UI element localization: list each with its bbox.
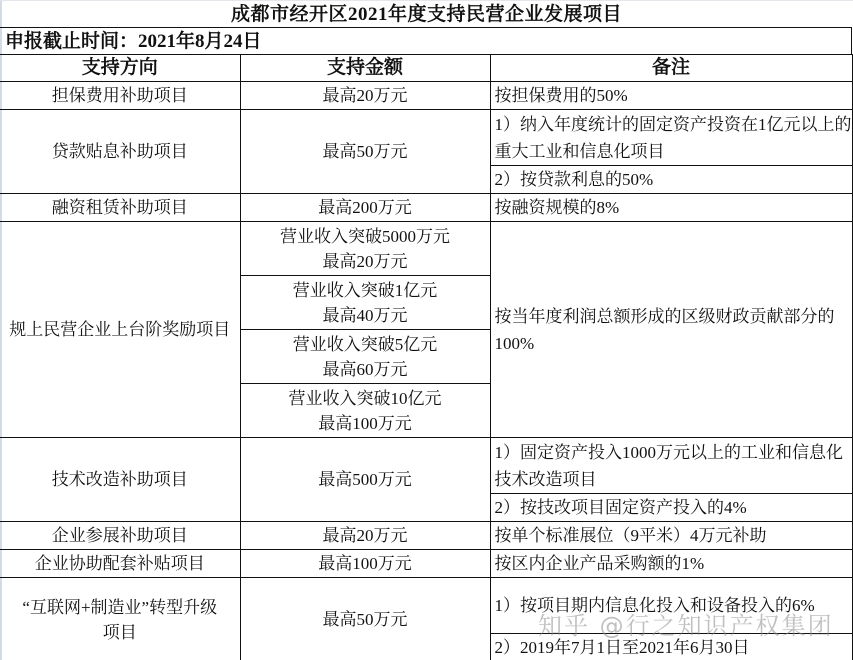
cell-tier: 营业收入突破5亿元 最高60万元	[240, 330, 490, 384]
header-direction: 支持方向	[0, 55, 240, 82]
cell-amount: 最高500万元	[240, 438, 490, 522]
cell-notes: 2）按贷款利息的50%	[490, 166, 852, 194]
cell-direction: 担保费用补助项目	[0, 82, 240, 110]
cell-notes: 1）固定资产投入1000万元以上的工业和信息化技术改造项目	[490, 438, 852, 494]
table-row: 贷款贴息补助项目 最高50万元 1）纳入年度统计的固定资产投资在1亿元以上的重大…	[0, 110, 852, 166]
cell-notes: 1）按项目期内信息化投入和设备投入的6%	[490, 578, 852, 634]
table-row: 担保费用补助项目 最高20万元 按担保费用的50%	[0, 82, 852, 110]
tier-condition: 营业收入突破5000万元	[241, 224, 490, 249]
cell-notes: 按区内企业产品采购额的1%	[490, 550, 852, 578]
cell-amount: 最高20万元	[240, 522, 490, 550]
cell-amount: 最高50万元	[240, 578, 490, 660]
cell-notes: 2）按技改项目固定资产投入的4%	[490, 494, 852, 522]
cell-direction: 贷款贴息补助项目	[0, 110, 240, 194]
tier-amount: 最高100万元	[241, 411, 490, 436]
cell-tier: 营业收入突破5000万元 最高20万元	[240, 222, 490, 276]
table-row: “互联网+制造业”转型升级项目 最高50万元 1）按项目期内信息化投入和设备投入…	[0, 578, 852, 634]
tier-condition: 营业收入突破5亿元	[241, 332, 490, 357]
table-row: 技术改造补助项目 最高500万元 1）固定资产投入1000万元以上的工业和信息化…	[0, 438, 852, 494]
cell-amount: 最高50万元	[240, 110, 490, 194]
tier-amount: 最高20万元	[241, 249, 490, 274]
cell-notes: 2）2019年7月1日至2021年6月30日	[490, 634, 852, 660]
page-title: 成都市经开区2021年度支持民营企业发展项目	[0, 0, 853, 27]
deadline-text: 申报截止时间：2021年8月24日	[0, 27, 852, 54]
cell-direction: 规上民营企业上台阶奖励项目	[0, 222, 240, 438]
cell-direction: 企业参展补助项目	[0, 522, 240, 550]
cell-notes: 按融资规模的8%	[490, 194, 852, 222]
cell-direction: “互联网+制造业”转型升级项目	[0, 578, 240, 660]
table-header-row: 支持方向 支持金额 备注	[0, 55, 852, 82]
table-row: 融资租赁补助项目 最高200万元 按融资规模的8%	[0, 194, 852, 222]
cell-direction: 融资租赁补助项目	[0, 194, 240, 222]
table-row: 规上民营企业上台阶奖励项目 营业收入突破5000万元 最高20万元 按当年度利润…	[0, 222, 852, 276]
cell-notes: 按单个标准展位（9平米）4万元补助	[490, 522, 852, 550]
table-row: 企业协助配套补贴项目 最高100万元 按区内企业产品采购额的1%	[0, 550, 852, 578]
cell-notes: 按当年度利润总额形成的区级财政贡献部分的100%	[490, 222, 852, 438]
cell-amount: 最高20万元	[240, 82, 490, 110]
tier-amount: 最高60万元	[241, 357, 490, 382]
table-row: 企业参展补助项目 最高20万元 按单个标准展位（9平米）4万元补助	[0, 522, 852, 550]
support-projects-table: 支持方向 支持金额 备注 担保费用补助项目 最高20万元 按担保费用的50% 贷…	[0, 54, 853, 660]
cell-tier: 营业收入突破1亿元 最高40万元	[240, 276, 490, 330]
tier-condition: 营业收入突破10亿元	[241, 386, 490, 411]
cell-notes: 1）纳入年度统计的固定资产投资在1亿元以上的重大工业和信息化项目	[490, 110, 852, 166]
cell-notes: 按担保费用的50%	[490, 82, 852, 110]
header-notes: 备注	[490, 55, 852, 82]
cell-direction: 技术改造补助项目	[0, 438, 240, 522]
header-amount: 支持金额	[240, 55, 490, 82]
cell-amount: 最高100万元	[240, 550, 490, 578]
cell-tier: 营业收入突破10亿元 最高100万元	[240, 384, 490, 438]
tier-amount: 最高40万元	[241, 303, 490, 328]
tier-condition: 营业收入突破1亿元	[241, 278, 490, 303]
cell-amount: 最高200万元	[240, 194, 490, 222]
cell-direction: 企业协助配套补贴项目	[0, 550, 240, 578]
